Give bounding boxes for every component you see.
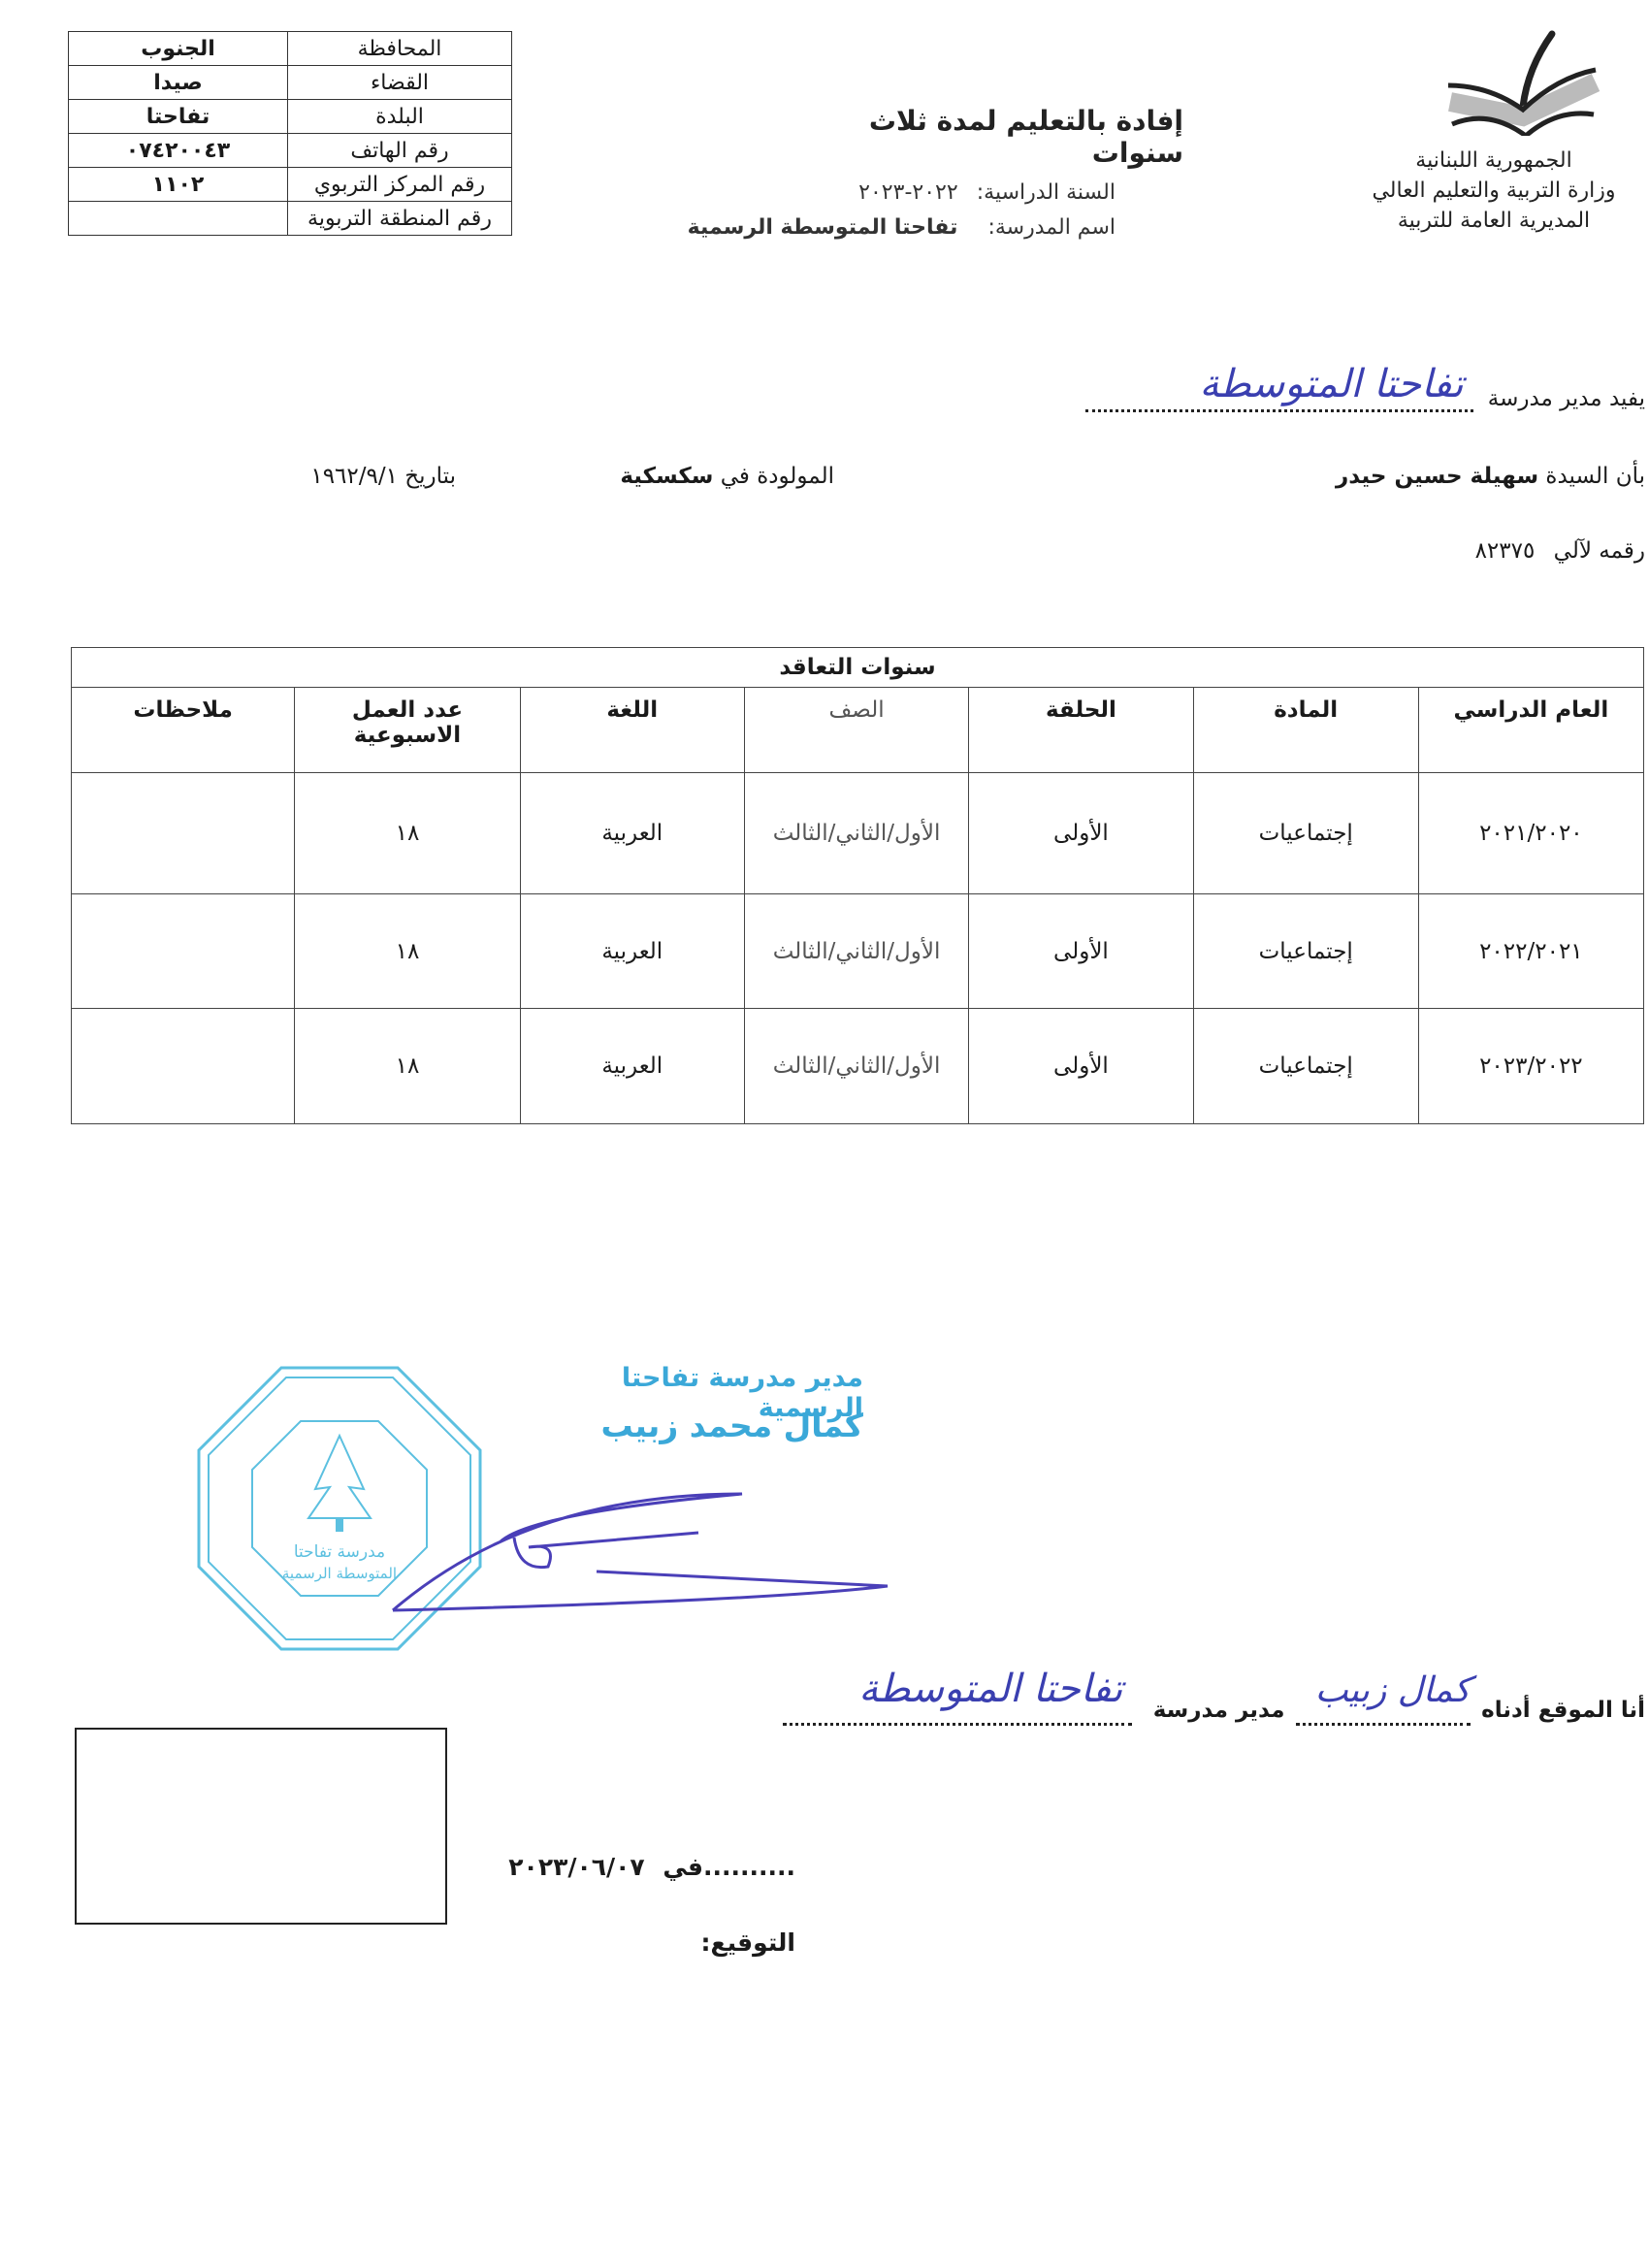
cell-notes (72, 894, 295, 1009)
info-row: رقم المركز التربوي١١٠٢ (69, 168, 512, 202)
cell-language: العربية (520, 1009, 744, 1124)
declaration-line: أنا الموقع أدناه كمال زبيب مدير مدرسة تف… (640, 1698, 1645, 1756)
cell-grade: الأول/الثاني/الثالث (744, 894, 968, 1009)
column-header: المادة (1193, 688, 1418, 773)
birthdate-line: بتاريخ ١٩٦٢/٩/١ (242, 464, 456, 489)
declaration-prefix: أنا الموقع أدناه (1481, 1698, 1645, 1723)
column-header: عدد العمل الاسبوعية (295, 688, 520, 773)
declaration-date: ٢٠٢٣/٠٦/٠٧ (508, 1853, 644, 1881)
handwritten-declaration-school: تفاحتا المتوسطة (858, 1667, 1122, 1711)
cell-year: ٢٠٢٣/٢٠٢٢ (1418, 1009, 1643, 1124)
document-title: إفادة بالتعليم لمدة ثلاث سنوات (776, 105, 1183, 169)
info-value: تفاحتا (69, 100, 288, 134)
lady-name: سهيلة حسين حيدر (1336, 464, 1538, 489)
school-name-label: اسم المدرسة: (987, 215, 1115, 240)
info-label: القضاء (288, 66, 512, 100)
cell-subject: إجتماعيات (1193, 1009, 1418, 1124)
table-row: ٢٠٢١/٢٠٢٠ إجتماعيات الأولى الأول/الثاني/… (72, 773, 1644, 894)
table-row: ٢٠٢٢/٢٠٢١ إجتماعيات الأولى الأول/الثاني/… (72, 894, 1644, 1009)
republic-name: الجمهورية اللبنانية (1348, 146, 1639, 176)
info-row: المحافظةالجنوب (69, 32, 512, 66)
cell-weekly-hours: ١٨ (295, 894, 520, 1009)
date-prefix: بتاريخ (404, 464, 456, 489)
stamp-director-name: كمال محمد زبيب (543, 1407, 863, 1444)
info-value: الجنوب (69, 32, 288, 66)
directorate-name: المديرية العامة للتربية (1348, 206, 1639, 236)
cell-cycle: الأولى (969, 773, 1194, 894)
cell-subject: إجتماعيات (1193, 894, 1418, 1009)
ministry-header: الجمهورية اللبنانية وزارة التربية والتعل… (1348, 146, 1639, 236)
lady-line: بأن السيدة سهيلة حسين حيدر (1261, 464, 1645, 489)
academic-year-line: السنة الدراسية: ٢٠٢٢-٢٠٢٣ (718, 180, 1115, 205)
date-prefix: ..........في (663, 1853, 795, 1881)
born-prefix: المولودة في (721, 464, 834, 489)
info-value (69, 202, 288, 236)
cell-year: ٢٠٢٢/٢٠٢١ (1418, 894, 1643, 1009)
signature-label: التوقيع: (582, 1928, 795, 1957)
info-value: ٠٧٤٢٠٠٤٣ (69, 134, 288, 168)
birthplace-line: المولودة في سكسكية (582, 464, 834, 489)
cell-year: ٢٠٢١/٢٠٢٠ (1418, 773, 1643, 894)
handwritten-signer: كمال زبيب (1315, 1670, 1471, 1710)
stamp-box (75, 1728, 447, 1925)
id-line: رقمه لآلي ٨٢٣٧٥ (1358, 538, 1645, 564)
contract-years-table: سنوات التعاقد العام الدراسي المادة الحلق… (71, 647, 1644, 1124)
cell-cycle: الأولى (969, 1009, 1194, 1124)
date-line: ..........في ٢٠٢٣/٠٦/٠٧ (485, 1853, 795, 1881)
cell-subject: إجتماعيات (1193, 773, 1418, 894)
column-header: اللغة (520, 688, 744, 773)
born-place: سكسكية (620, 464, 713, 489)
column-header: العام الدراسي (1418, 688, 1643, 773)
column-header: ملاحظات (72, 688, 295, 773)
cell-weekly-hours: ١٨ (295, 1009, 520, 1124)
column-header: الصف (744, 688, 968, 773)
academic-year-label: السنة الدراسية: (977, 180, 1115, 205)
info-row: رقم المنطقة التربوية (69, 202, 512, 236)
cell-weekly-hours: ١٨ (295, 773, 520, 894)
academic-year-value: ٢٠٢٢-٢٠٢٣ (858, 180, 957, 205)
declaration-school-fill-field: تفاحتا المتوسطة (783, 1698, 1132, 1726)
location-info-table: المحافظةالجنوب القضاءصيدا البلدةتفاحتا ر… (68, 31, 512, 236)
info-label: البلدة (288, 100, 512, 134)
svg-text:المتوسطة الرسمية: المتوسطة الرسمية (282, 1565, 397, 1582)
info-label: رقم المركز التربوي (288, 168, 512, 202)
school-name-line: اسم المدرسة: تفاحتا المتوسطة الرسمية (679, 215, 1115, 240)
info-row: رقم الهاتف٠٧٤٢٠٠٤٣ (69, 134, 512, 168)
cell-grade: الأول/الثاني/الثالث (744, 773, 968, 894)
table-caption: سنوات التعاقد (72, 648, 1644, 688)
id-prefix: رقمه لآلي (1554, 538, 1645, 564)
cell-language: العربية (520, 894, 744, 1009)
info-row: البلدةتفاحتا (69, 100, 512, 134)
info-label: رقم الهاتف (288, 134, 512, 168)
handwritten-school: تفاحتا المتوسطة (1199, 362, 1463, 406)
id-value: ٨٢٣٧٥ (1475, 538, 1536, 564)
director-signature-icon (383, 1474, 907, 1649)
school-fill-field: تفاحتا المتوسطة (1085, 391, 1473, 412)
director-intro: يفيد مدير مدرسة (1488, 386, 1645, 411)
table-row: ٢٠٢٣/٢٠٢٢ إجتماعيات الأولى الأول/الثاني/… (72, 1009, 1644, 1124)
svg-text:مدرسة تفاحتا: مدرسة تفاحتا (294, 1542, 385, 1562)
cell-notes (72, 773, 295, 894)
info-value: صيدا (69, 66, 288, 100)
info-value: ١١٠٢ (69, 168, 288, 202)
cell-grade: الأول/الثاني/الثالث (744, 1009, 968, 1124)
ministry-name: وزارة التربية والتعليم العالي (1348, 176, 1639, 206)
director-line: يفيد مدير مدرسة تفاحتا المتوسطة (960, 386, 1645, 435)
info-label: رقم المنطقة التربوية (288, 202, 512, 236)
info-label: المحافظة (288, 32, 512, 66)
cell-notes (72, 1009, 295, 1124)
signer-fill-field: كمال زبيب (1296, 1698, 1471, 1726)
cell-language: العربية (520, 773, 744, 894)
lady-prefix: بأن السيدة (1545, 464, 1645, 489)
column-header: الحلقة (969, 688, 1194, 773)
cell-cycle: الأولى (969, 894, 1194, 1009)
school-name-value: تفاحتا المتوسطة الرسمية (688, 215, 958, 240)
birth-date: ١٩٦٢/٩/١ (310, 464, 398, 489)
info-row: القضاءصيدا (69, 66, 512, 100)
declaration-role: مدير مدرسة (1153, 1698, 1285, 1723)
ministry-logo-icon (1431, 29, 1615, 136)
